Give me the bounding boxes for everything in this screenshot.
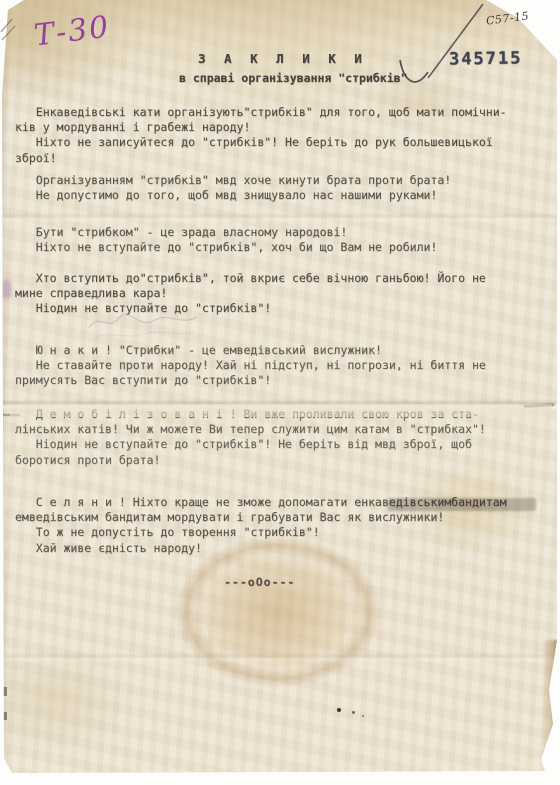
crease-line xyxy=(0,652,560,664)
document-title: З А К Л И К И xyxy=(198,51,367,66)
scanned-leaflet: Т-30 С57-15 З А К Л И К И в справі орган… xyxy=(0,0,560,785)
ink-speck xyxy=(352,711,355,714)
ink-speck xyxy=(337,708,341,712)
end-divider: ---оОо--- xyxy=(224,575,295,590)
crease-line xyxy=(0,212,560,224)
ink-speck xyxy=(362,715,364,717)
edge-mark xyxy=(3,712,7,720)
faint-signature-squiggle xyxy=(85,308,205,342)
edge-mark xyxy=(3,687,7,696)
paragraph: Організуванням "стрибків" мвд хоче кинут… xyxy=(15,173,451,203)
torn-paper-edge xyxy=(542,640,560,773)
overtyped-word-smudge xyxy=(388,498,536,511)
stamp-number: 345715 xyxy=(449,48,523,69)
document-subtitle: в справі організування "стрибків" xyxy=(179,71,407,85)
fold-haze-overlay xyxy=(10,404,552,417)
paragraph: Бути "стрибком" - це зрада власному наро… xyxy=(15,225,437,255)
paragraph: Енкаведівські кати організують"стрибків"… xyxy=(15,105,507,166)
corner-pen-stroke xyxy=(0,10,20,44)
paragraph: Ю н а к и ! "Стрибки" - це емведівський … xyxy=(15,343,486,389)
ink-smudge xyxy=(0,280,12,298)
